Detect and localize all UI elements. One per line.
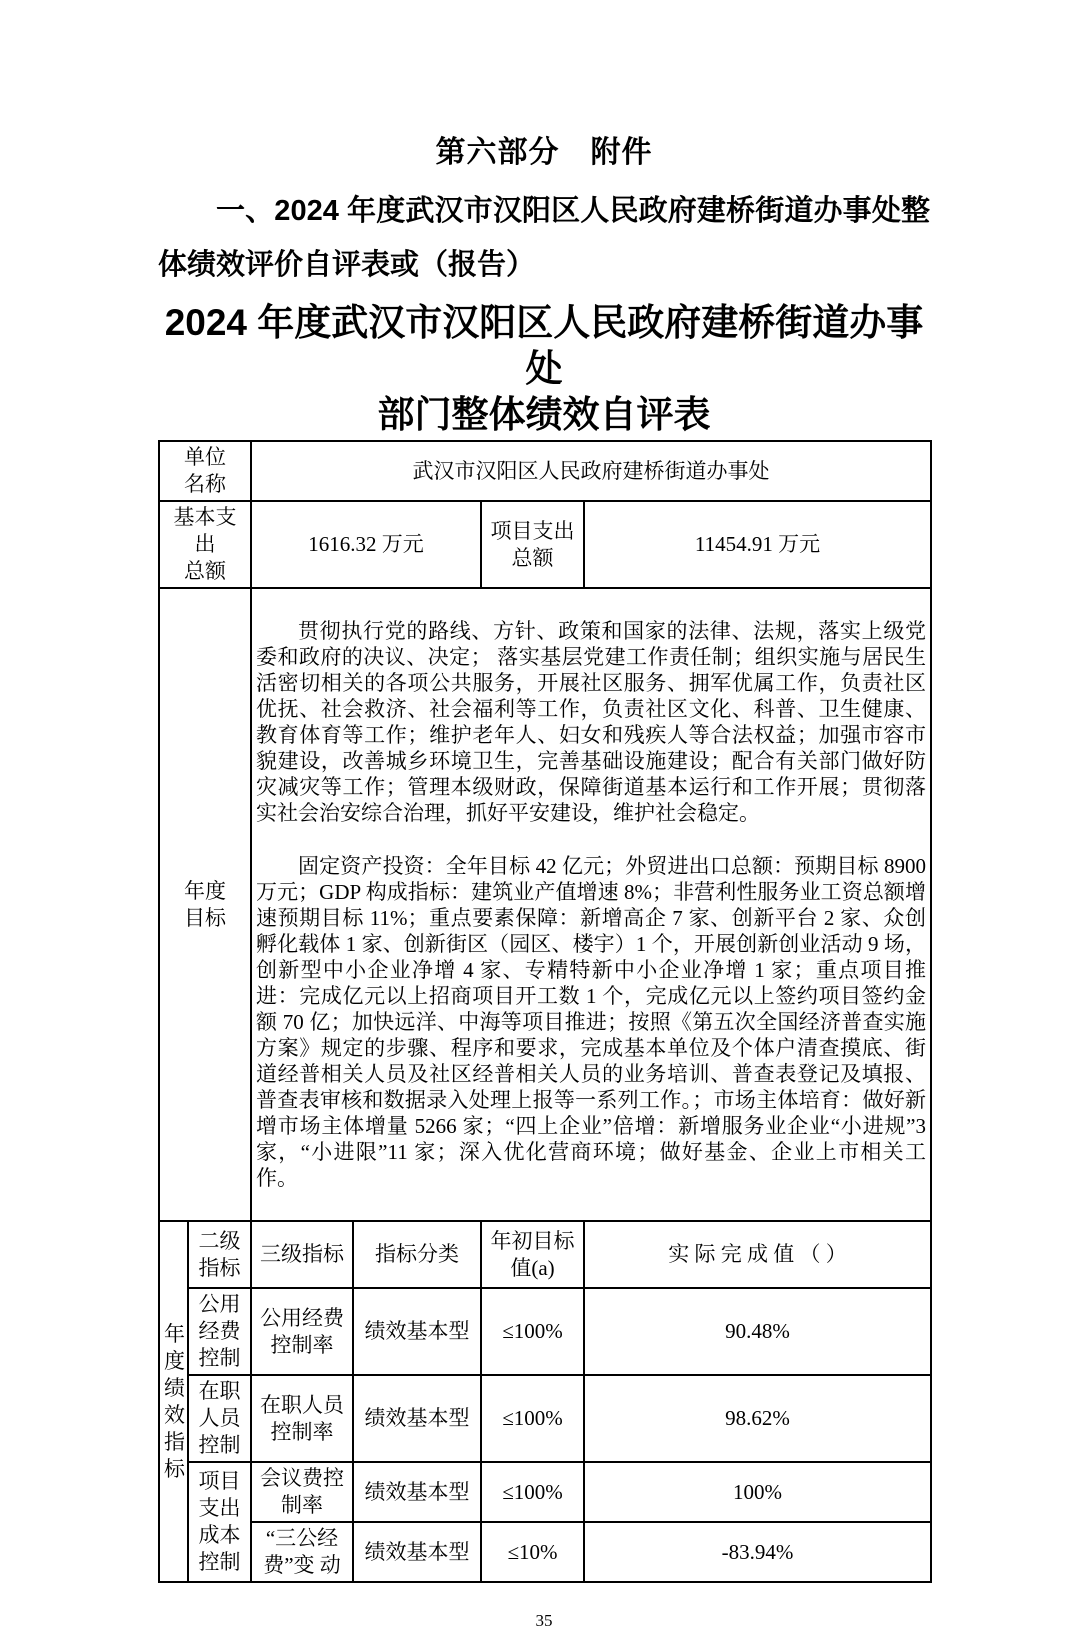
doc-title: 2024 年度武汉市汉阳区人民政府建桥街道办事处 部门整体绩效自评表	[158, 300, 930, 438]
row2-secondary-cell: 在职 人员 控制	[188, 1375, 251, 1462]
indicator-row-2: 在职 人员 控制 在职人员 控制率 绩效基本型 ≤100% 98.62%	[159, 1375, 931, 1462]
basic-expenditure-label-cell: 基本支出 总额	[159, 501, 251, 588]
indicator-row-3: 项目 支出 成本 控制 会议费控 制率 绩效基本型 ≤100% 100%	[159, 1462, 931, 1522]
row1-target-cell: ≤100%	[481, 1288, 584, 1375]
row1-tertiary-cell: 公用经费 控制率	[251, 1288, 353, 1375]
document-page: 第六部分 附件 一、2024 年度武汉市汉阳区人民政府建桥街道办事处整体绩效评价…	[158, 0, 930, 1631]
annual-goal-row: 年度 目标 贯彻执行党的路线、方针、政策和国家的法律、法规，落实上级党委和政府的…	[159, 588, 931, 1221]
unit-name-value-cell: 武汉市汉阳区人民政府建桥街道办事处	[251, 441, 931, 501]
row2-actual-cell: 98.62%	[584, 1375, 931, 1462]
unit-name-row: 单位 名称 武汉市汉阳区人民政府建桥街道办事处	[159, 441, 931, 501]
row1-actual-cell: 90.48%	[584, 1288, 931, 1375]
goal-paragraph-2: 固定资产投资：全年目标 42 亿元；外贸进出口总额：预期目标 8900 万元；G…	[256, 853, 926, 1191]
header-initial-target-cell: 年初目标 值(a)	[481, 1221, 584, 1288]
part-heading: 第六部分 附件	[158, 134, 930, 172]
intro-paragraph: 一、2024 年度武汉市汉阳区人民政府建桥街道办事处整体绩效评价自评表或（报告）	[158, 184, 930, 292]
expenditure-row: 基本支出 总额 1616.32 万元 项目支出 总额 11454.91 万元	[159, 501, 931, 588]
row3-tertiary-cell: 会议费控 制率	[251, 1462, 353, 1522]
row2-category-cell: 绩效基本型	[353, 1375, 481, 1462]
row3-category-cell: 绩效基本型	[353, 1462, 481, 1522]
indicator-header-row: 年度绩效指标 二级 指标 三级指标 指标分类 年初目标 值(a) 实 际 完 成…	[159, 1221, 931, 1288]
performance-table: 单位 名称 武汉市汉阳区人民政府建桥街道办事处 基本支出 总额 1616.32 …	[158, 440, 932, 1583]
basic-expenditure-value-cell: 1616.32 万元	[251, 501, 481, 588]
project-expenditure-label-cell: 项目支出 总额	[481, 501, 584, 588]
page-number: 35	[158, 1611, 930, 1631]
row3-target-cell: ≤100%	[481, 1462, 584, 1522]
row3-actual-cell: 100%	[584, 1462, 931, 1522]
header-indicator-category-cell: 指标分类	[353, 1221, 481, 1288]
row1-secondary-cell: 公用 经费 控制	[188, 1288, 251, 1375]
row2-target-cell: ≤100%	[481, 1375, 584, 1462]
indicator-row-1: 公用 经费 控制 公用经费 控制率 绩效基本型 ≤100% 90.48%	[159, 1288, 931, 1375]
row3-secondary-cell: 项目 支出 成本 控制	[188, 1462, 251, 1582]
row4-tertiary-cell: “三公经 费”变 动	[251, 1522, 353, 1582]
goal-paragraph-1: 贯彻执行党的路线、方针、政策和国家的法律、法规，落实上级党委和政府的决议、决定；…	[256, 618, 926, 826]
indicator-row-4: “三公经 费”变 动 绩效基本型 ≤10% -83.94%	[159, 1522, 931, 1582]
annual-goal-text-cell: 贯彻执行党的路线、方针、政策和国家的法律、法规，落实上级党委和政府的决议、决定；…	[251, 588, 931, 1221]
row4-actual-cell: -83.94%	[584, 1522, 931, 1582]
row4-target-cell: ≤10%	[481, 1522, 584, 1582]
header-tertiary-indicator-cell: 三级指标	[251, 1221, 353, 1288]
indicator-section-label-cell: 年度绩效指标	[159, 1221, 188, 1582]
row4-category-cell: 绩效基本型	[353, 1522, 481, 1582]
header-secondary-indicator-cell: 二级 指标	[188, 1221, 251, 1288]
header-actual-value-cell: 实 际 完 成 值 （ ）	[584, 1221, 931, 1288]
unit-name-label-cell: 单位 名称	[159, 441, 251, 501]
project-expenditure-value-cell: 11454.91 万元	[584, 501, 931, 588]
annual-goal-label-cell: 年度 目标	[159, 588, 251, 1221]
row1-category-cell: 绩效基本型	[353, 1288, 481, 1375]
row2-tertiary-cell: 在职人员 控制率	[251, 1375, 353, 1462]
